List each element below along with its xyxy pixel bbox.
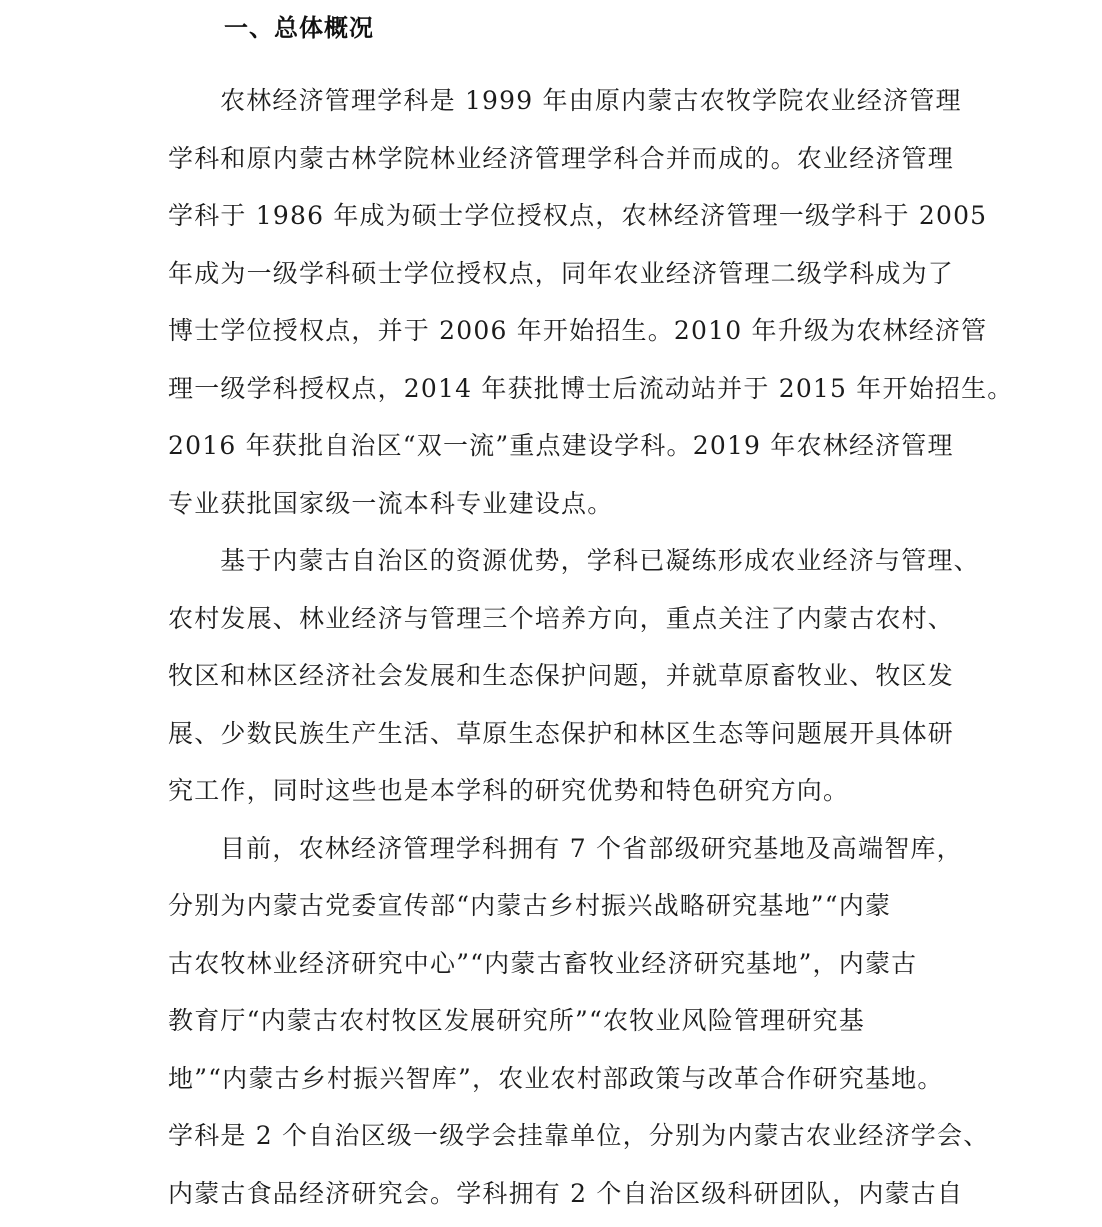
text-line: 学科于 1986 年成为硕士学位授权点，农林经济管理一级学科于 2005 xyxy=(168,193,958,251)
text-line: 地”“内蒙古乡村振兴智库”，农业农村部政策与改革合作研究基地。 xyxy=(168,1056,958,1114)
text-line: 内蒙古食品经济研究会。学科拥有 2 个自治区级科研团队，内蒙古自 xyxy=(168,1171,958,1227)
text-line: 基于内蒙古自治区的资源优势，学科已凝练形成农业经济与管理、 xyxy=(168,538,958,596)
text-line: 农林经济管理学科是 1999 年由原内蒙古农牧学院农业经济管理 xyxy=(168,78,958,136)
text-line: 牧区和林区经济社会发展和生态保护问题，并就草原畜牧业、牧区发 xyxy=(168,653,958,711)
text-line: 目前，农林经济管理学科拥有 7 个省部级研究基地及高端智库， xyxy=(168,826,958,884)
paragraph-history: 农林经济管理学科是 1999 年由原内蒙古农牧学院农业经济管理 学科和原内蒙古林… xyxy=(168,78,958,538)
text-line: 学科和原内蒙古林学院林业经济管理学科合并而成的。农业经济管理 xyxy=(168,136,958,194)
paragraph-research-directions: 基于内蒙古自治区的资源优势，学科已凝练形成农业经济与管理、 农村发展、林业经济与… xyxy=(168,538,958,826)
section-heading: 一、总体概况 xyxy=(224,8,374,48)
text-line: 教育厅“内蒙古农村牧区发展研究所”“农牧业风险管理研究基 xyxy=(168,998,958,1056)
text-line: 农村发展、林业经济与管理三个培养方向，重点关注了内蒙古农村、 xyxy=(168,596,958,654)
text-line: 理一级学科授权点，2014 年获批博士后流动站并于 2015 年开始招生。 xyxy=(168,366,958,424)
text-line: 专业获批国家级一流本科专业建设点。 xyxy=(168,481,958,539)
text-line: 年成为一级学科硕士学位授权点，同年农业经济管理二级学科成为了 xyxy=(168,251,958,309)
text-line: 分别为内蒙古党委宣传部“内蒙古乡村振兴战略研究基地”“内蒙 xyxy=(168,883,958,941)
text-line: 2016 年获批自治区“双一流”重点建设学科。2019 年农林经济管理 xyxy=(168,423,958,481)
text-line: 博士学位授权点，并于 2006 年开始招生。2010 年升级为农林经济管 xyxy=(168,308,958,366)
paragraph-research-bases: 目前，农林经济管理学科拥有 7 个省部级研究基地及高端智库， 分别为内蒙古党委宣… xyxy=(168,826,958,1227)
text-line: 究工作，同时这些也是本学科的研究优势和特色研究方向。 xyxy=(168,768,958,826)
text-line: 展、少数民族生产生活、草原生态保护和林区生态等问题展开具体研 xyxy=(168,711,958,769)
document-body: 农林经济管理学科是 1999 年由原内蒙古农牧学院农业经济管理 学科和原内蒙古林… xyxy=(168,78,958,1227)
text-line: 古农牧林业经济研究中心”“内蒙古畜牧业经济研究基地”，内蒙古 xyxy=(168,941,958,999)
text-line: 学科是 2 个自治区级一级学会挂靠单位，分别为内蒙古农业经济学会、 xyxy=(168,1113,958,1171)
document-page: 一、总体概况 农林经济管理学科是 1999 年由原内蒙古农牧学院农业经济管理 学… xyxy=(0,0,1102,1227)
